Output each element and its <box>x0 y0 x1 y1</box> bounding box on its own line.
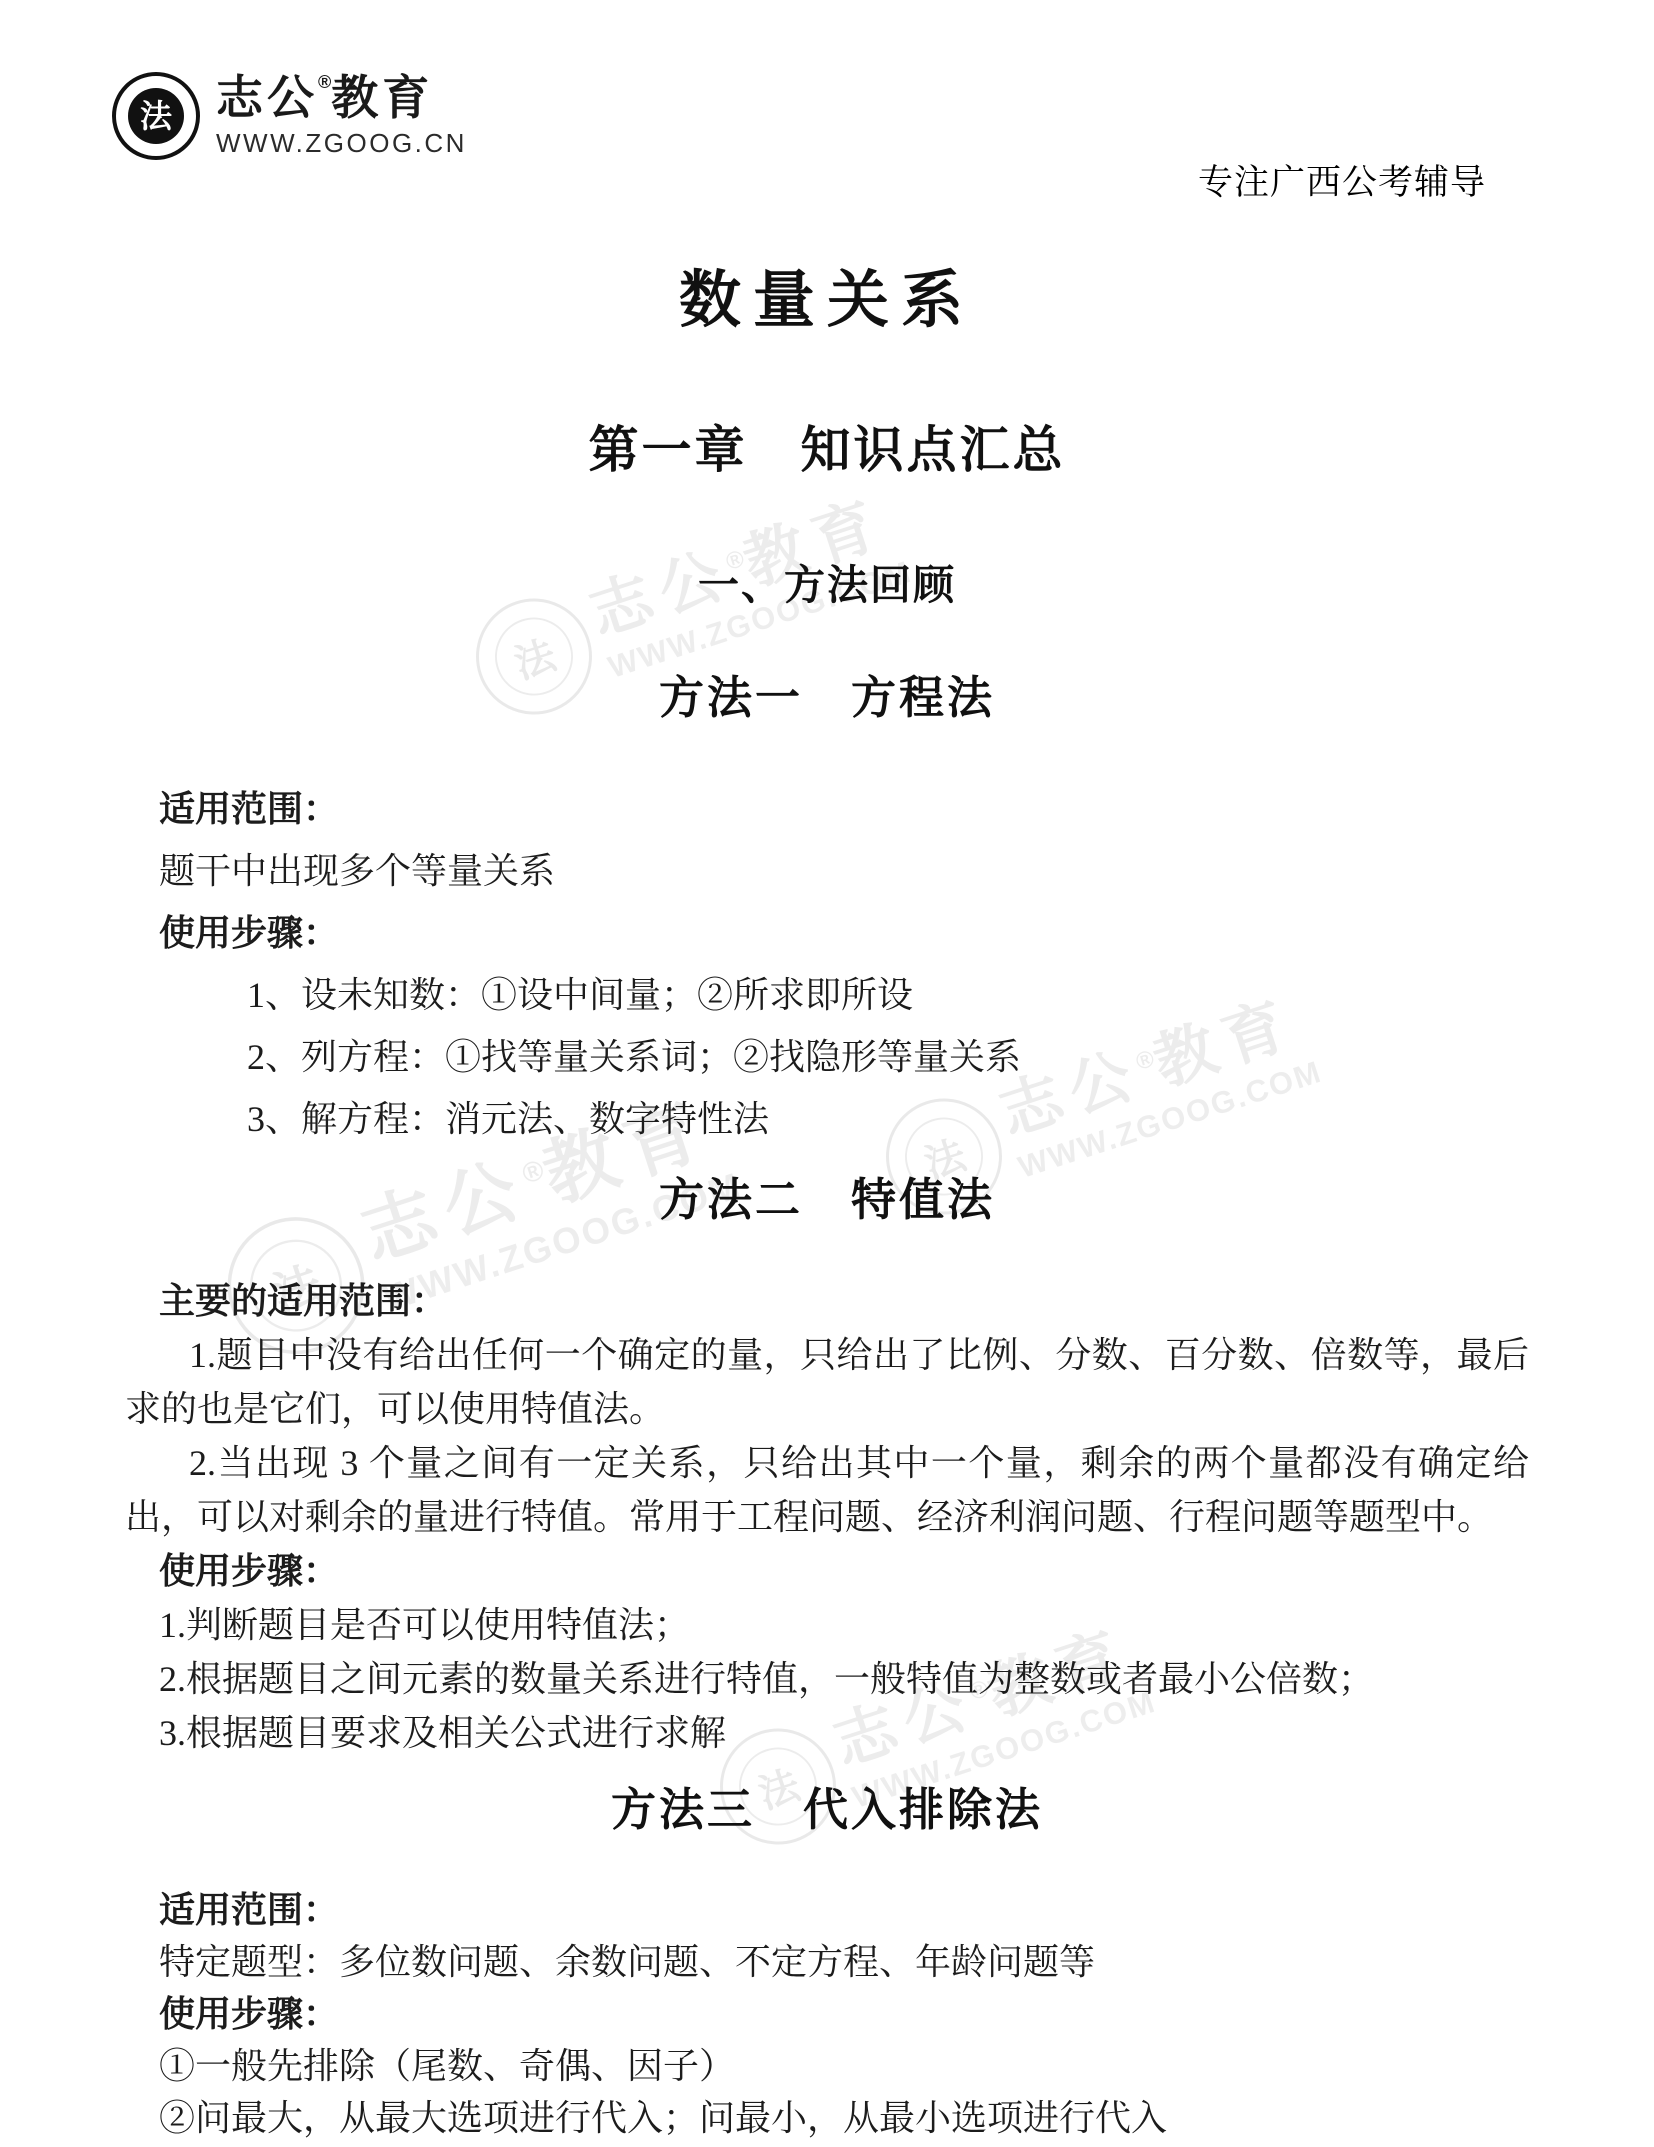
doc-line: 1、设未知数：①设中间量；②所求即所设 <box>125 964 1529 1026</box>
doc-line: ①一般先排除（尾数、奇偶、因子） <box>125 2040 1529 2092</box>
brand-logo: 法 志公®教育 WWW.ZGOOG.CN <box>112 72 1654 160</box>
doc-line: 主要的适用范围： <box>125 1274 1529 1328</box>
methods: 方法一 方程法适用范围：题干中出现多个等量关系使用步骤：1、设未知数：①设中间量… <box>125 668 1529 2144</box>
doc-line: 3、解方程：消元法、数字特性法 <box>125 1088 1529 1150</box>
doc-line: 适用范围： <box>125 778 1529 840</box>
doc-line: 2、列方程：①找等量关系词；②找隐形等量关系 <box>125 1026 1529 1088</box>
doc-line: 1.题目中没有给出任何一个确定的量，只给出了比例、分数、百分数、倍数等，最后求的… <box>125 1328 1529 1436</box>
method-heading: 方法三 代入排除法 <box>125 1780 1529 1840</box>
method-heading: 方法一 方程法 <box>125 668 1529 728</box>
page-header: 法 志公®教育 WWW.ZGOOG.CN 专注广西公考辅导 <box>0 0 1654 176</box>
method-body: 适用范围：题干中出现多个等量关系使用步骤：1、设未知数：①设中间量；②所求即所设… <box>125 778 1529 1150</box>
doc-line: 使用步骤： <box>125 1988 1529 2040</box>
doc-line: 2.当出现 3 个量之间有一定关系，只给出其中一个量，剩余的两个量都没有确定给出… <box>125 1436 1529 1544</box>
brand-name-left: 志公 <box>216 71 318 124</box>
doc-line: ②问最大，从最大选项进行代入；问最小，从最小选项进行代入 <box>125 2092 1529 2144</box>
brand-name: 志公®教育 <box>216 73 467 122</box>
brand-seal-icon: 法 <box>112 72 200 160</box>
doc-line: 3.根据题目要求及相关公式进行求解 <box>125 1706 1529 1760</box>
doc-line: 题干中出现多个等量关系 <box>125 840 1529 902</box>
doc-line: 2.根据题目之间元素的数量关系进行特值，一般特值为整数或者最小公倍数； <box>125 1652 1529 1706</box>
brand-url: WWW.ZGOOG.CN <box>216 128 467 159</box>
doc-line: 1.判断题目是否可以使用特值法； <box>125 1598 1529 1652</box>
brand-seal-core: 法 <box>128 88 184 144</box>
chapter-heading: 第一章 知识点汇总 <box>125 420 1529 480</box>
document-page: { "header": { "seal_glyph": "法", "brand_… <box>0 0 1654 2147</box>
brand-seal-glyph: 法 <box>140 100 172 132</box>
doc-line: 使用步骤： <box>125 1544 1529 1598</box>
brand-name-right: 教育 <box>331 71 433 124</box>
method-body: 适用范围：特定题型：多位数问题、余数问题、不定方程、年龄问题等使用步骤：①一般先… <box>125 1884 1529 2144</box>
doc-line: 特定题型：多位数问题、余数问题、不定方程、年龄问题等 <box>125 1936 1529 1988</box>
doc-line: 适用范围： <box>125 1884 1529 1936</box>
document-title: 数量关系 <box>125 264 1529 338</box>
header-tagline: 专注广西公考辅导 <box>1198 155 1486 205</box>
document-content: 数量关系 第一章 知识点汇总 一、方法回顾 方法一 方程法适用范围：题干中出现多… <box>0 264 1654 2144</box>
section-heading: 一、方法回顾 <box>125 560 1529 610</box>
doc-line: 使用步骤： <box>125 902 1529 964</box>
method-body: 主要的适用范围：1.题目中没有给出任何一个确定的量，只给出了比例、分数、百分数、… <box>125 1274 1529 1760</box>
method-heading: 方法二 特值法 <box>125 1170 1529 1230</box>
registered-mark-icon: ® <box>318 72 331 92</box>
brand-text: 志公®教育 WWW.ZGOOG.CN <box>216 73 467 158</box>
